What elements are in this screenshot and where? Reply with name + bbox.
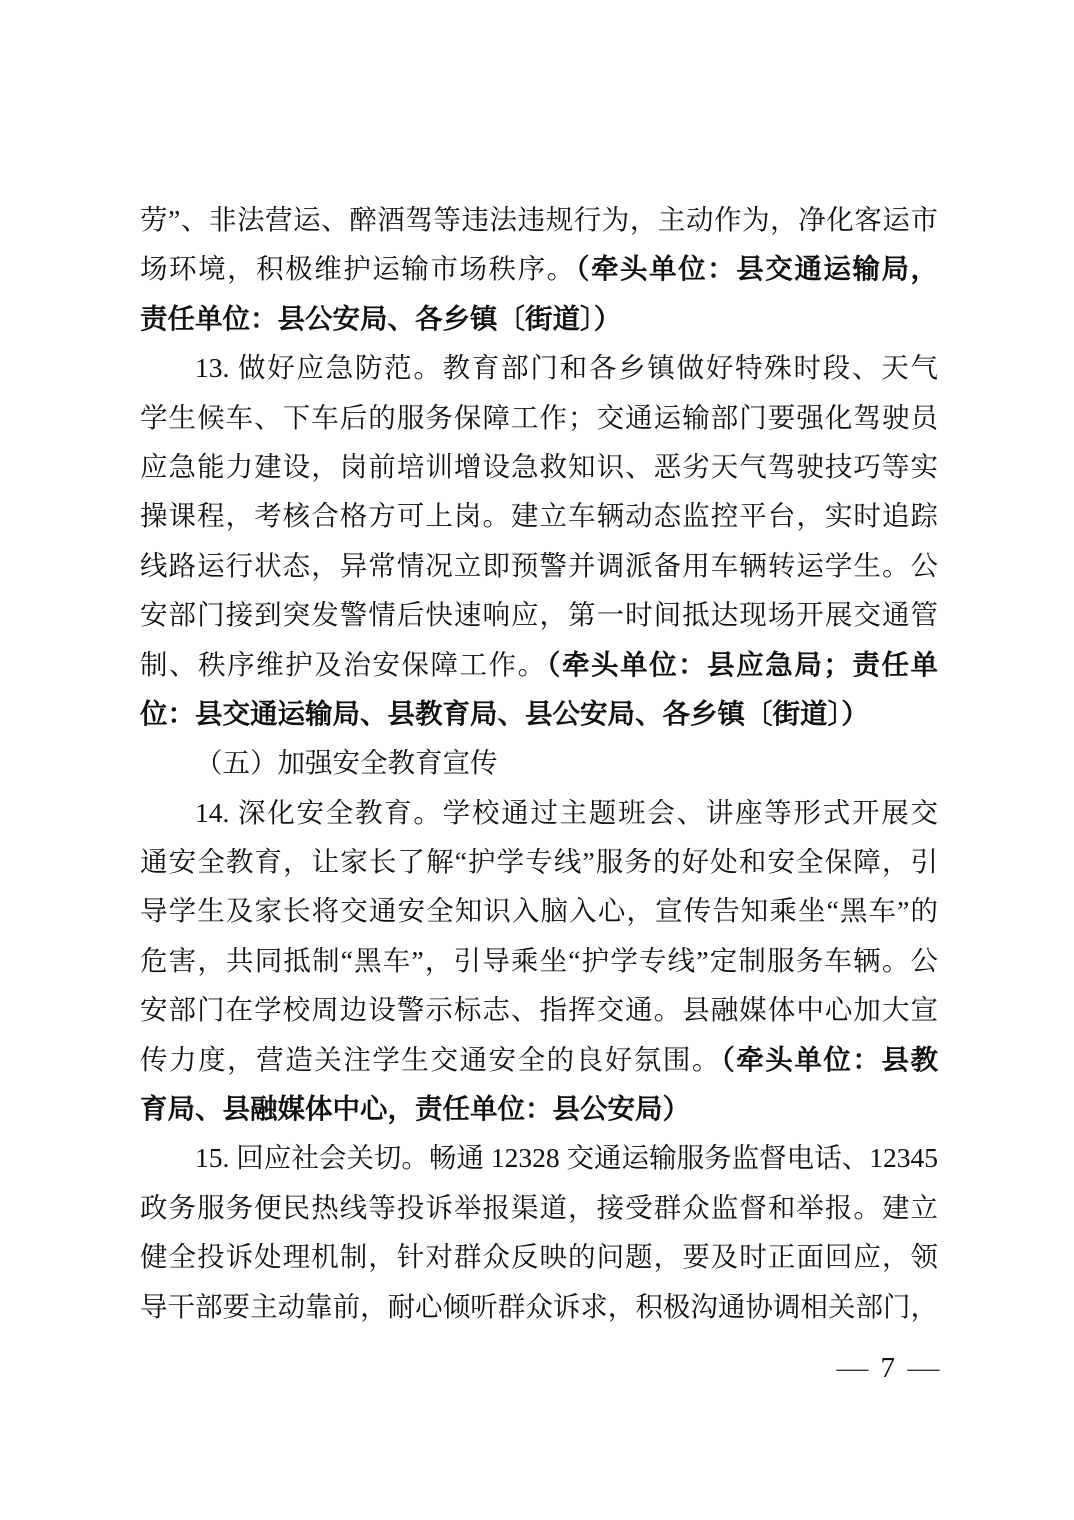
text-line: 责任单位：县公安局、各乡镇〔街道〕） — [140, 294, 938, 343]
text-segment: 14. 深化安全教育。学校通过主题班会、讲座等形式开展交 — [195, 797, 938, 828]
emphasis-segment: （牵头单位：县交通运输局， — [576, 253, 938, 284]
text-segment: 导学生及家长将交通安全知识入脑入心，宣传告知乘坐“黑车”的 — [140, 895, 938, 926]
emphasis-segment: 责任单位：县公安局、各乡镇〔街道〕） — [140, 303, 621, 334]
emphasis-segment: （牵头单位：县教 — [721, 1044, 938, 1075]
text-segment: 场环境，积极维护运输市场秩序。 — [140, 253, 576, 284]
text-line: 导学生及家长将交通安全知识入脑入心，宣传告知乘坐“黑车”的 — [140, 886, 938, 935]
footer-right-dash: — — [908, 1352, 940, 1384]
text-segment: 健全投诉处理机制，针对群众反映的问题，要及时正面回应，领 — [140, 1241, 938, 1272]
emphasis-segment: 育局、县融媒体中心，责任单位：县公安局） — [140, 1093, 690, 1124]
text-segment: 危害，共同抵制“黑车”，引导乘坐“护学专线”定制服务车辆。公 — [140, 945, 938, 976]
text-line: 线路运行状态，异常情况立即预警并调派备用车辆转运学生。公 — [140, 541, 938, 590]
section-heading: （五）加强安全教育宣传 — [140, 738, 938, 787]
text-segment: 13. 做好应急防范。教育部门和各乡镇做好特殊时段、天气 — [195, 352, 938, 383]
text-line: 通安全教育，让家长了解“护学专线”服务的好处和安全保障，引 — [140, 837, 938, 886]
text-segment: 传力度，营造关注学生交通安全的良好氛围。 — [140, 1044, 721, 1075]
text-segment: 导干部要主动靠前，耐心倾听群众诉求，积极沟通协调相关部门， — [140, 1291, 938, 1322]
page-number: 7 — [881, 1352, 896, 1384]
text-line: 育局、县融媒体中心，责任单位：县公安局） — [140, 1084, 938, 1133]
text-segment: 操课程，考核合格方可上岗。建立车辆动态监控平台，实时追踪 — [140, 500, 938, 531]
text-segment: 学生候车、下车后的服务保障工作；交通运输部门要强化驾驶员 — [140, 402, 938, 433]
text-line: 安部门在学校周边设警示标志、指挥交通。县融媒体中心加大宣 — [140, 985, 938, 1034]
text-line: 应急能力建设，岗前培训增设急救知识、恶劣天气驾驶技巧等实 — [140, 442, 938, 491]
emphasis-segment: 位：县交通运输局、县教育局、县公安局、各乡镇〔街道〕） — [140, 698, 869, 729]
text-segment: 制、秩序维护及治安保障工作。 — [140, 649, 547, 680]
text-line: 位：县交通运输局、县教育局、县公安局、各乡镇〔街道〕） — [140, 689, 938, 738]
text-line: 15. 回应社会关切。畅通 12328 交通运输服务监督电话、12345 — [140, 1133, 938, 1182]
text-segment: 安部门接到突发警情后快速响应，第一时间抵达现场开展交通管 — [140, 599, 938, 630]
text-segment: 通安全教育，让家长了解“护学专线”服务的好处和安全保障，引 — [140, 846, 938, 877]
text-line: 政务服务便民热线等投诉举报渠道，接受群众监督和举报。建立 — [140, 1183, 938, 1232]
text-line: 学生候车、下车后的服务保障工作；交通运输部门要强化驾驶员 — [140, 393, 938, 442]
text-segment: 15. 回应社会关切。畅通 12328 交通运输服务监督电话、12345 — [195, 1142, 938, 1173]
footer-left-dash: — — [836, 1352, 868, 1384]
text-line: 劳”、非法营运、醉酒驾等违法违规行为，主动作为，净化客运市 — [140, 195, 938, 244]
document-body: 劳”、非法营运、醉酒驾等违法违规行为，主动作为，净化客运市场环境，积极维护运输市… — [140, 195, 938, 1331]
text-line: 传力度，营造关注学生交通安全的良好氛围。（牵头单位：县教 — [140, 1035, 938, 1084]
emphasis-segment: （牵头单位：县应急局；责任单 — [547, 649, 938, 680]
text-segment: 劳”、非法营运、醉酒驾等违法违规行为，主动作为，净化客运市 — [140, 204, 938, 235]
text-line: 危害，共同抵制“黑车”，引导乘坐“护学专线”定制服务车辆。公 — [140, 936, 938, 985]
text-segment: 应急能力建设，岗前培训增设急救知识、恶劣天气驾驶技巧等实 — [140, 451, 938, 482]
page-footer: —7— — [838, 1352, 939, 1384]
text-line: 导干部要主动靠前，耐心倾听群众诉求，积极沟通协调相关部门， — [140, 1282, 938, 1331]
text-line: 14. 深化安全教育。学校通过主题班会、讲座等形式开展交 — [140, 788, 938, 837]
text-segment: （五）加强安全教育宣传 — [195, 747, 498, 778]
text-segment: 线路运行状态，异常情况立即预警并调派备用车辆转运学生。公 — [140, 550, 938, 581]
text-line: 操课程，考核合格方可上岗。建立车辆动态监控平台，实时追踪 — [140, 491, 938, 540]
text-segment: 政务服务便民热线等投诉举报渠道，接受群众监督和举报。建立 — [140, 1192, 938, 1223]
document-page: 劳”、非法营运、醉酒驾等违法违规行为，主动作为，净化客运市场环境，积极维护运输市… — [0, 0, 1074, 1520]
text-line: 安部门接到突发警情后快速响应，第一时间抵达现场开展交通管 — [140, 590, 938, 639]
text-line: 场环境，积极维护运输市场秩序。（牵头单位：县交通运输局， — [140, 244, 938, 293]
text-line: 制、秩序维护及治安保障工作。（牵头单位：县应急局；责任单 — [140, 640, 938, 689]
text-line: 健全投诉处理机制，针对群众反映的问题，要及时正面回应，领 — [140, 1232, 938, 1281]
text-segment: 安部门在学校周边设警示标志、指挥交通。县融媒体中心加大宣 — [140, 994, 938, 1025]
text-line: 13. 做好应急防范。教育部门和各乡镇做好特殊时段、天气 — [140, 343, 938, 392]
